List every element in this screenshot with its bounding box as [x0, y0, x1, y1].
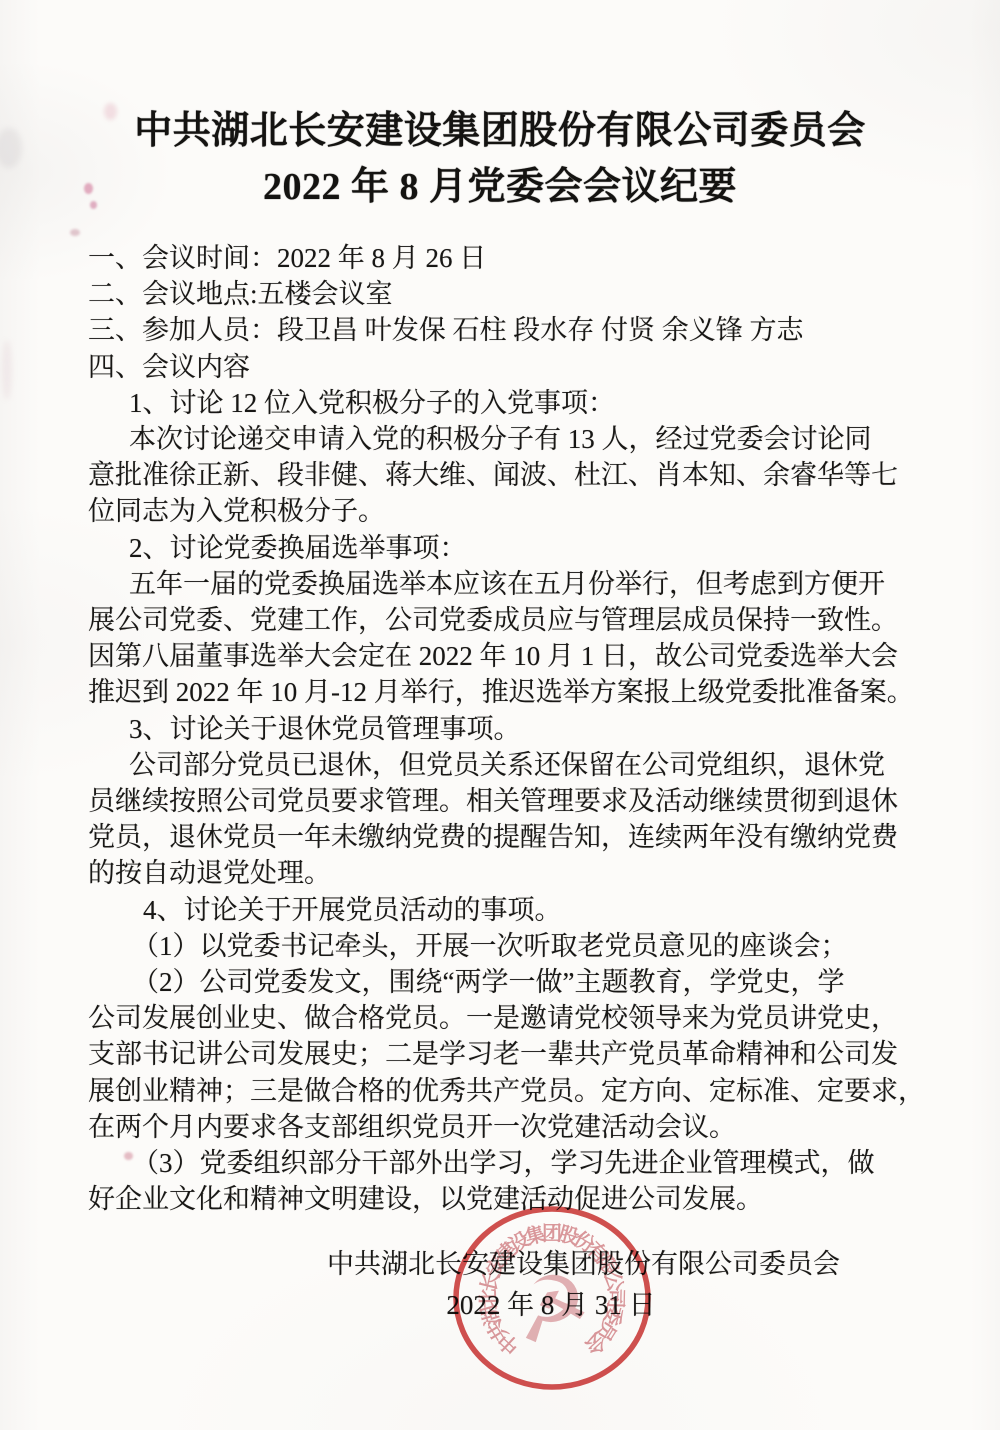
body-line: 五年一届的党委换届选举本应该在五月份举行，但考虑到方便开: [88, 566, 918, 602]
stamp-arc-char: 中: [493, 1328, 524, 1359]
body-text: 一、会议时间：2022 年 8 月 26 日二、会议地点:五楼会议室三、参加人员…: [88, 240, 918, 1217]
stamp-arc-char: 团: [542, 1222, 562, 1245]
document-title-line1: 中共湖北长安建设集团股份有限公司委员会: [0, 103, 1000, 159]
body-line: 位同志为入党积极分子。: [88, 493, 918, 529]
stamp-arc-char: 股: [556, 1222, 582, 1250]
body-line: 展创业精神；三是做合格的优秀共产党员。定方向、定标准、定要求，: [88, 1073, 918, 1109]
body-line: 推迟到 2022 年 10 月-12 月举行，推迟选举方案报上级党委批准备案。: [88, 674, 918, 710]
body-line: 一、会议时间：2022 年 8 月 26 日: [88, 240, 918, 276]
scan-artifact: [2, 340, 12, 400]
body-line: 好企业文化和精神文明建设，以党建活动促进公司发展。: [88, 1181, 918, 1217]
body-line: 支部书记讲公司发展史；二是学习老一辈共产党员革命精神和公司发: [88, 1036, 918, 1072]
document-title: 中共湖北长安建设集团股份有限公司委员会 2022 年 8 月党委会会议纪要: [0, 103, 1000, 215]
body-line: 四、会议内容: [88, 349, 918, 385]
body-line: 公司部分党员已退休，但党员关系还保留在公司党组织，退休党: [88, 747, 918, 783]
body-line: 公司发展创业史、做合格党员。一是邀请党校领导来为党员讲党史，: [88, 1000, 918, 1036]
body-line: 员继续按照公司党员要求管理。相关管理要求及活动继续贯彻到退休: [88, 783, 918, 819]
body-line: 意批准徐正新、段非健、蒋大维、闻波、杜江、肖本知、余睿华等七: [88, 457, 918, 493]
document-title-line2: 2022 年 8 月党委会会议纪要: [0, 159, 1000, 215]
body-line: 本次讨论递交申请入党的积极分子有 13 人，经过党委会讨论同: [88, 421, 918, 457]
body-line: 三、参加人员：段卫昌 叶发保 石柱 段水存 付贤 余义锋 方志: [88, 312, 918, 348]
body-line: （1）以党委书记牵头，开展一次听取老党员意见的座谈会；: [88, 928, 918, 964]
stamp-arc-char: 集: [522, 1221, 548, 1249]
scanned-document-page: 中共湖北长安建设集团股份有限公司委员会 2022 年 8 月党委会会议纪要 一、…: [0, 0, 1000, 1430]
stamp-arc-char: 会: [580, 1328, 611, 1359]
body-line: 在两个月内要求各支部组织党员开一次党建活动会议。: [88, 1109, 918, 1145]
signature-org: 中共湖北长安建设集团股份有限公司委员会: [327, 1248, 840, 1280]
body-line: 2、讨论党委换届选举事项：: [88, 530, 918, 566]
scan-artifact: [70, 229, 80, 236]
body-line: （3）党委组织部分干部外出学习，学习先进企业管理模式，做: [88, 1145, 918, 1181]
body-line: 因第八届董事选举大会定在 2022 年 10 月 1 日，故公司党委选举大会: [88, 638, 918, 674]
body-line: （2）公司党委发文，围绕“两学一做”主题教育，学党史，学: [88, 964, 918, 1000]
body-line: 的按自动退党处理。: [88, 855, 918, 891]
body-line: 3、讨论关于退休党员管理事项。: [88, 711, 918, 747]
signature-date: 2022 年 8 月 31 日: [435, 1289, 667, 1321]
body-line: 二、会议地点:五楼会议室: [88, 276, 918, 312]
body-line: 4、讨论关于开展党员活动的事项。: [88, 892, 918, 928]
body-line: 展公司党委、党建工作，公司党委成员应与管理层成员保持一致性。: [88, 602, 918, 638]
body-line: 党员，退休党员一年未缴纳党费的提醒告知，连续两年没有缴纳党费: [88, 819, 918, 855]
body-line: 1、讨论 12 位入党积极分子的入党事项：: [88, 385, 918, 421]
